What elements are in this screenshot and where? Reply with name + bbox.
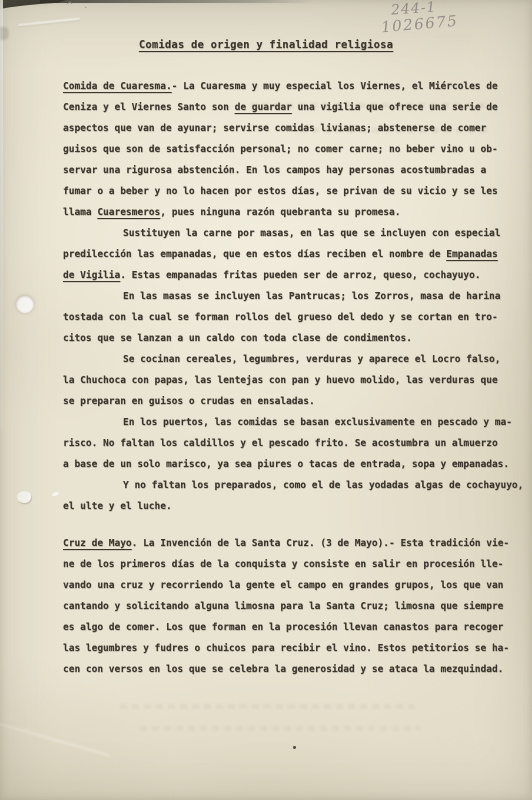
text-line: se preparan en guisos o crudas en ensala… <box>63 391 525 412</box>
text-line: Se cocinan cereales, legumbres, verduras… <box>63 349 525 370</box>
paper-scuff-small <box>52 491 60 497</box>
text-segment: Ceniza y el Viernes Santo son <box>63 102 235 113</box>
text-segment: guisos que son de satisfacción personal;… <box>63 144 498 155</box>
text-line: a base de un solo marisco, ya sea piures… <box>63 454 525 475</box>
text-line: fumar o a beber y no lo hacen por estos … <box>63 181 525 202</box>
text-segment: el ulte y el luche. <box>63 501 172 512</box>
text-segment: Y no faltan los preparados, como el de l… <box>123 480 523 491</box>
text-line: el ulte y el luche. <box>63 496 525 517</box>
underlined-text: Comida de Cuaresma. <box>63 81 172 92</box>
paper-crease-bottom <box>0 722 110 757</box>
ink-bleedthrough <box>300 128 490 133</box>
text-segment: se preparan en guisos o crudas en ensala… <box>63 396 315 407</box>
text-line: risco. No faltan los caldillos y el pesc… <box>63 433 525 454</box>
text-segment: - La Cuaresma y muy especial los Viernes… <box>172 81 498 92</box>
paper-left-edge-highlight <box>0 0 3 430</box>
text-line: predilección las empanadas, que en estos… <box>63 244 525 265</box>
text-segment: Se cocinan cereales, legumbres, verduras… <box>123 354 501 365</box>
text-segment: tostada con la cual se forman rollos del… <box>63 312 498 323</box>
text-line: En las masas se incluyen las Pantrucas; … <box>63 286 525 307</box>
text-line: En los puertos, las comidas se basan exc… <box>63 412 525 433</box>
document-section: Cruz de Mayo. La Invención de la Santa C… <box>63 533 525 680</box>
text-segment: llama <box>63 207 97 218</box>
paper-crease <box>18 18 80 26</box>
text-line: vando una cruz y recorriendo la gente el… <box>63 575 525 596</box>
text-segment: , pues ninguna razón quebranta su promes… <box>160 207 400 218</box>
text-segment: predilección las empanadas, que en estos… <box>63 249 446 260</box>
ink-speck <box>293 746 296 749</box>
underlined-text: de Vigilia <box>63 270 120 281</box>
text-segment: es algo de comer. Los que forman en la p… <box>63 622 503 633</box>
text-line: llama Cuaresmeros, pues ninguna razón qu… <box>63 202 525 223</box>
text-line: Sustituyen la carne por masas, en las qu… <box>63 223 525 244</box>
text-line: citos que se lanzan a un caldo con toda … <box>63 328 525 349</box>
underlined-text: Empanadas <box>446 249 497 260</box>
ink-bleedthrough <box>120 704 420 709</box>
document-page: 244-1 1026675 ^ . Comidas de origen y fi… <box>0 0 532 800</box>
text-segment: risco. No faltan los caldillos y el pesc… <box>63 438 498 449</box>
text-line: servar una rigurosa abstención. En los c… <box>63 160 525 181</box>
text-segment: las legumbres y fudres o chuicos para re… <box>63 643 509 654</box>
underlined-text: Cruz de Mayo <box>63 538 132 549</box>
text-line: tostada con la cual se forman rollos del… <box>63 307 525 328</box>
text-line: ne de los primeros días de la conquista … <box>63 554 525 575</box>
text-line: es algo de comer. Los que forman en la p… <box>63 617 525 638</box>
text-line: cen con versos en los que se celebra la … <box>63 659 525 680</box>
text-segment: . Estas empanadas fritas pueden ser de a… <box>120 270 480 281</box>
text-segment: vando una cruz y recorriendo la gente el… <box>63 580 503 591</box>
text-segment: En las masas se incluyen las Pantrucas; … <box>123 291 501 302</box>
text-line: Cruz de Mayo. La Invención de la Santa C… <box>63 533 525 554</box>
text-segment: la Chuchoca con papas, las lentejas con … <box>63 375 498 386</box>
text-segment: fumar o a beber y no lo hacen por estos … <box>63 186 498 197</box>
text-segment: . La Invención de la Santa Cruz. (3 de M… <box>132 538 510 549</box>
text-line: cantando y solicitando alguna limosna pa… <box>63 596 525 617</box>
underlined-text: Cuaresmeros <box>97 207 160 218</box>
document-title: Comidas de origen y finalidad religiosa <box>0 39 532 51</box>
document-section: Comida de Cuaresma.- La Cuaresma y muy e… <box>63 76 525 517</box>
punch-hole <box>16 295 34 313</box>
text-segment: cantando y solicitando alguna limosna pa… <box>63 601 503 612</box>
document-body: Comida de Cuaresma.- La Cuaresma y muy e… <box>63 76 525 680</box>
ink-bleedthrough <box>140 726 420 731</box>
text-segment: En los puertos, las comidas se basan exc… <box>123 417 512 428</box>
text-line: guisos que son de satisfacción personal;… <box>63 139 525 160</box>
paper-scuff <box>16 489 32 504</box>
text-line: de Vigilia. Estas empanadas fritas puede… <box>63 265 525 286</box>
text-line: Y no faltan los preparados, como el de l… <box>63 475 525 496</box>
pencil-tick-marks: ^ . <box>66 1 91 11</box>
text-segment: Sustituyen la carne por masas, en las qu… <box>123 228 501 239</box>
text-segment: cen con versos en los que se celebra la … <box>63 664 503 675</box>
text-segment: a base de un solo marisco, ya sea piures… <box>63 459 509 470</box>
text-segment: servar una rigurosa abstención. En los c… <box>63 165 486 176</box>
ink-bleedthrough <box>250 103 490 108</box>
text-segment: citos que se lanzan a un caldo con toda … <box>63 333 412 344</box>
text-line: Comida de Cuaresma.- La Cuaresma y muy e… <box>63 76 525 97</box>
text-line: las legumbres y fudres o chuicos para re… <box>63 638 525 659</box>
text-segment: ne de los primeros días de la conquista … <box>63 559 503 570</box>
text-line: la Chuchoca con papas, las lentejas con … <box>63 370 525 391</box>
